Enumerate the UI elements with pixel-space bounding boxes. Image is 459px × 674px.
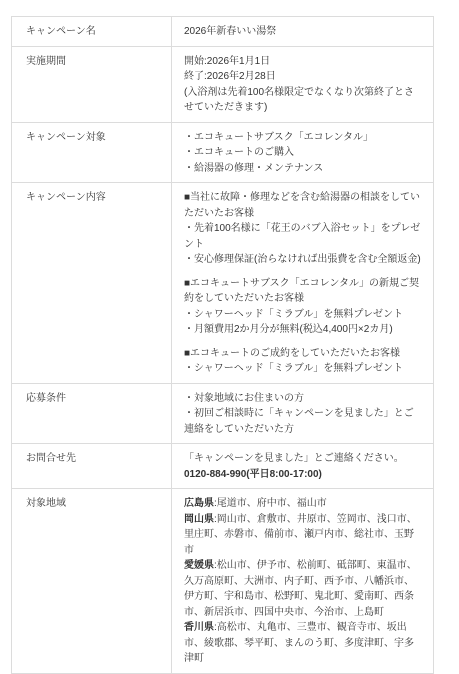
content-value: ■当社に故障・修理などを含む給湯器の相談をしていただいたお客様 ・先着100名様… xyxy=(172,183,433,383)
prefecture-cities: 高松市、丸亀市、三豊市、観音寺市、坂出市、綾歌郡、琴平町、まんのう町、多度津町、… xyxy=(184,622,414,664)
contact-phone: 0120-884-990(平日8:00-17:00) xyxy=(184,467,423,483)
section-heading: ■エコキュートのご成約をしていただいたお客様 xyxy=(184,346,423,362)
condition-item: ・初回ご相談時に「キャンペーンを見ました」とご連絡をしていただいた方 xyxy=(184,406,423,437)
period-end: 終了:2026年2月28日 xyxy=(184,69,423,85)
table-row-conditions: 応募条件 ・対象地域にお住まいの方 ・初回ご相談時に「キャンペーンを見ました」と… xyxy=(12,384,433,445)
target-item: ・エコキュートサブスク「エコレンタル」 xyxy=(184,130,423,146)
table-row-target: キャンペーン対象 ・エコキュートサブスク「エコレンタル」 ・エコキュートのご購入… xyxy=(12,123,433,184)
area-prefecture-okayama: 岡山県:岡山市、倉敷市、井原市、笠岡市、浅口市、里庄町、赤磐市、備前市、瀬戸内市… xyxy=(184,512,423,559)
conditions-value: ・対象地域にお住まいの方 ・初回ご相談時に「キャンペーンを見ました」とご連絡をし… xyxy=(172,384,433,444)
section-heading: ■エコキュートサブスク「エコレンタル」の新規ご契約をしていただいたお客様 xyxy=(184,276,423,307)
section-item: ・先着100名様に「花王のバブ入浴セット」をプレゼント xyxy=(184,221,423,252)
area-prefecture-kagawa: 香川県:高松市、丸亀市、三豊市、観音寺市、坂出市、綾歌郡、琴平町、まんのう町、多… xyxy=(184,620,423,667)
content-section-purchase: ■エコキュートのご成約をしていただいたお客様 ・シャワーヘッド「ミラブル」を無料… xyxy=(184,346,423,377)
campaign-info-table: キャンペーン名 2026年新春いい湯祭 実施期間 開始:2026年1月1日 終了… xyxy=(11,16,434,674)
campaign-name-value: 2026年新春いい湯祭 xyxy=(172,17,433,46)
row-label: 実施期間 xyxy=(12,47,172,122)
area-prefecture-hiroshima: 広島県:尾道市、府中市、福山市 xyxy=(184,496,423,512)
prefecture-name: 香川県 xyxy=(184,622,214,633)
row-label: 応募条件 xyxy=(12,384,172,444)
table-row-content: キャンペーン内容 ■当社に故障・修理などを含む給湯器の相談をしていただいたお客様… xyxy=(12,183,433,384)
area-value: 広島県:尾道市、府中市、福山市 岡山県:岡山市、倉敷市、井原市、笠岡市、浅口市、… xyxy=(172,489,433,673)
prefecture-cities: 岡山市、倉敷市、井原市、笠岡市、浅口市、里庄町、赤磐市、備前市、瀬戸内市、総社市… xyxy=(184,514,417,556)
prefecture-name: 愛媛県 xyxy=(184,560,214,571)
area-prefecture-ehime: 愛媛県:松山市、伊予市、松前町、砥部町、東温市、久万高原町、大洲市、内子町、西予… xyxy=(184,558,423,620)
prefecture-cities: 松山市、伊予市、松前町、砥部町、東温市、久万高原町、大洲市、内子町、西予市、八幡… xyxy=(184,560,417,618)
section-heading: ■当社に故障・修理などを含む給湯器の相談をしていただいたお客様 xyxy=(184,190,423,221)
row-label: お問合せ先 xyxy=(12,444,172,488)
prefecture-name: 岡山県 xyxy=(184,514,214,525)
row-label: キャンペーン名 xyxy=(12,17,172,46)
table-row-area: 対象地域 広島県:尾道市、府中市、福山市 岡山県:岡山市、倉敷市、井原市、笠岡市… xyxy=(12,489,433,673)
contact-value: 「キャンペーンを見ました」とご連絡ください。 0120-884-990(平日8:… xyxy=(172,444,433,488)
condition-item: ・対象地域にお住まいの方 xyxy=(184,391,423,407)
target-item: ・給湯器の修理・メンテナンス xyxy=(184,161,423,177)
row-label: キャンペーン対象 xyxy=(12,123,172,183)
content-section-repair: ■当社に故障・修理などを含む給湯器の相談をしていただいたお客様 ・先着100名様… xyxy=(184,190,423,268)
prefecture-name: 広島県 xyxy=(184,498,214,509)
period-value: 開始:2026年1月1日 終了:2026年2月28日 (入浴剤は先着100名様限… xyxy=(172,47,433,122)
contact-note: 「キャンペーンを見ました」とご連絡ください。 xyxy=(184,451,423,467)
period-note: (入浴剤は先着100名様限定でなくなり次第終了とさせていただきます) xyxy=(184,85,423,116)
row-label: 対象地域 xyxy=(12,489,172,673)
table-row-campaign-name: キャンペーン名 2026年新春いい湯祭 xyxy=(12,17,433,47)
section-item: ・シャワーヘッド「ミラブル」を無料プレゼント xyxy=(184,307,423,323)
table-row-period: 実施期間 開始:2026年1月1日 終了:2026年2月28日 (入浴剤は先着1… xyxy=(12,47,433,123)
prefecture-cities: 尾道市、府中市、福山市 xyxy=(217,498,327,509)
row-label: キャンペーン内容 xyxy=(12,183,172,383)
period-start: 開始:2026年1月1日 xyxy=(184,54,423,70)
section-item: ・シャワーヘッド「ミラブル」を無料プレゼント xyxy=(184,361,423,377)
section-item: ・安心修理保証(治らなければ出張費を含む全額返金) xyxy=(184,252,423,268)
target-item: ・エコキュートのご購入 xyxy=(184,145,423,161)
section-item: ・月額費用2か月分が無料(税込4,400円×2カ月) xyxy=(184,322,423,338)
table-row-contact: お問合せ先 「キャンペーンを見ました」とご連絡ください。 0120-884-99… xyxy=(12,444,433,489)
target-value: ・エコキュートサブスク「エコレンタル」 ・エコキュートのご購入 ・給湯器の修理・… xyxy=(172,123,433,183)
content-section-subscription: ■エコキュートサブスク「エコレンタル」の新規ご契約をしていただいたお客様 ・シャ… xyxy=(184,276,423,338)
